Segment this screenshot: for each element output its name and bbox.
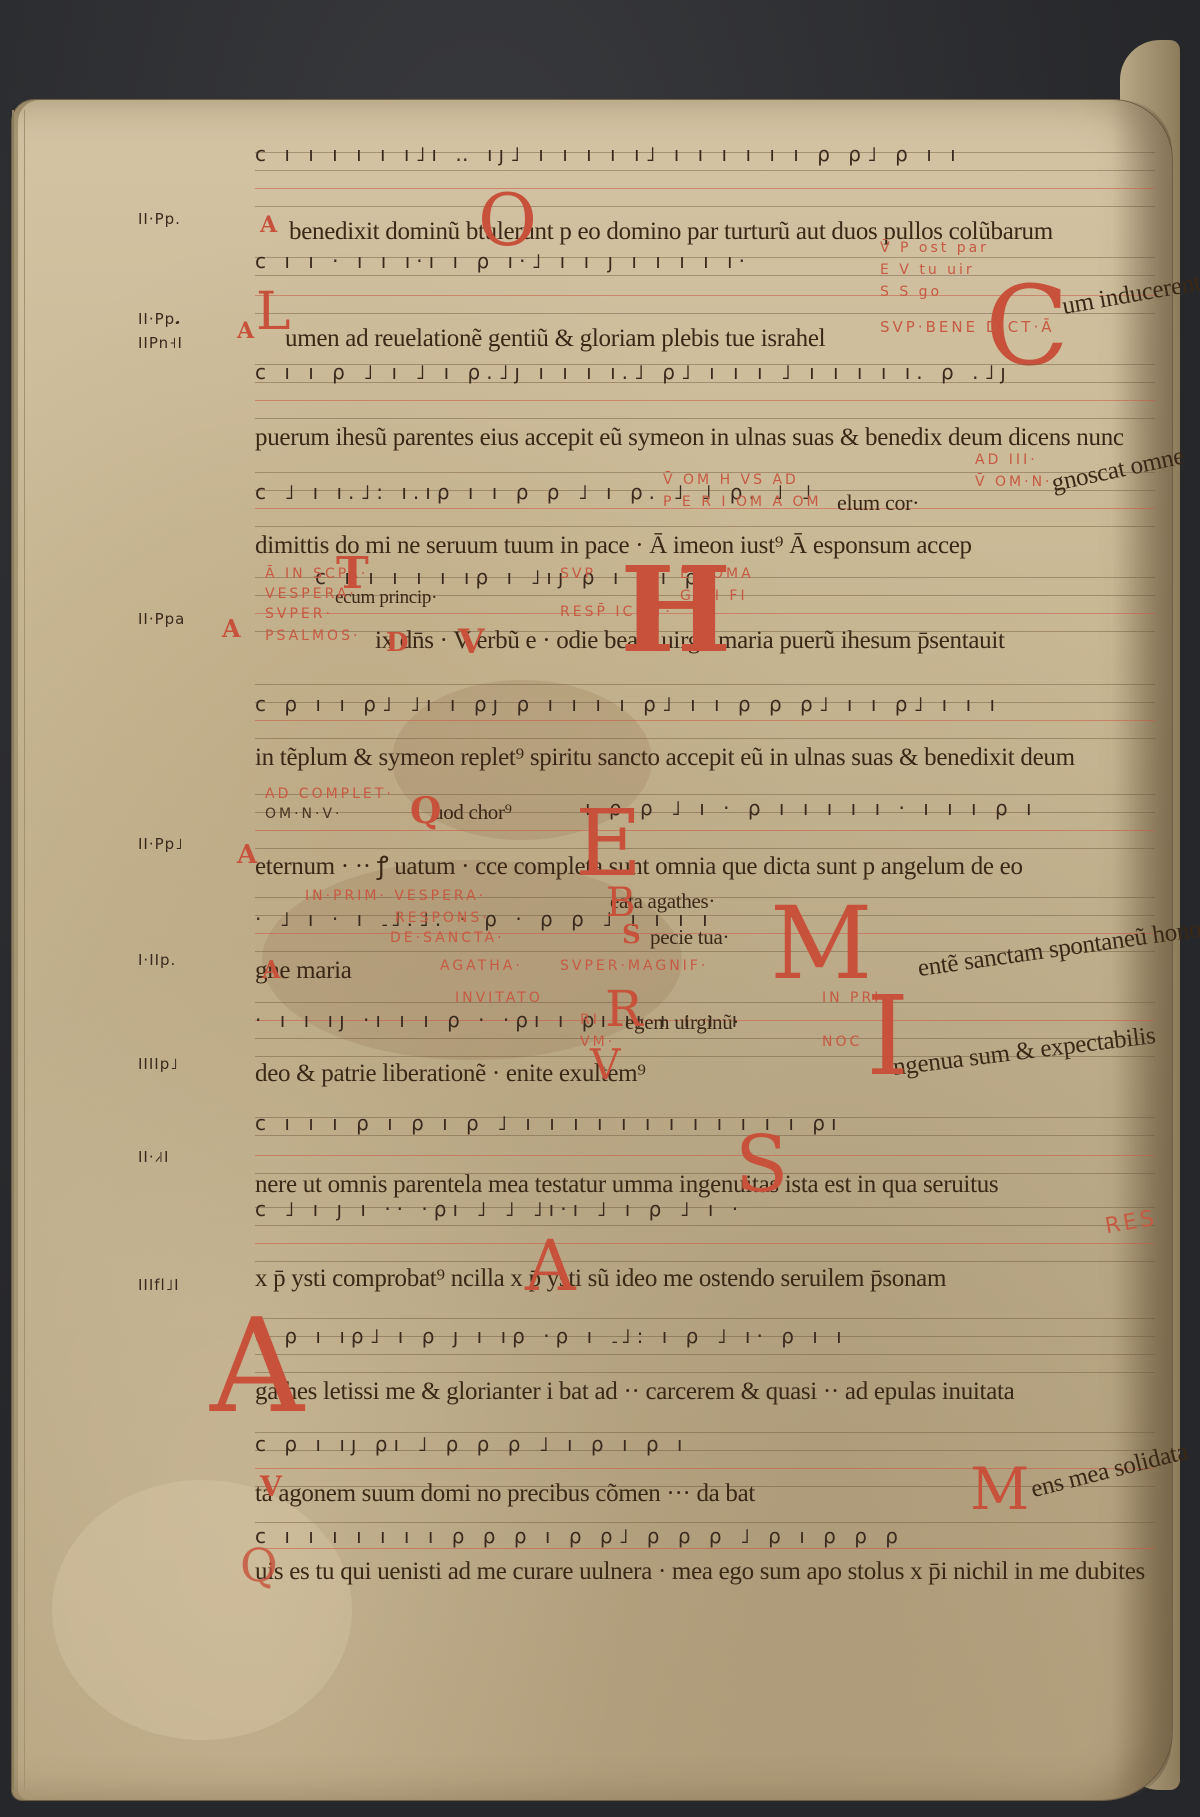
decorated-initial-I: I <box>866 972 909 1100</box>
music-system: c ı ı ρ ˩ ı ˩ ı ρ.˩ȷ ı ı ı ı.˩ ρ˩ ı ı ı … <box>255 352 1155 462</box>
decorated-initial-L: L <box>256 282 291 342</box>
text-line: puerum ihesũ parentes eius accepit eũ sy… <box>255 424 1124 452</box>
rubric-initial-V: V <box>260 1470 282 1503</box>
rubric-label: SVP <box>560 566 596 582</box>
margin-note: II·Pp˩ <box>138 835 184 853</box>
rubric-label: S S go <box>880 284 942 300</box>
decorated-initial-Q: Q <box>240 1538 278 1592</box>
rubric-label: AGATHA· <box>440 958 523 974</box>
rubric-initial-Q: Q <box>410 790 441 832</box>
text-line: in tẽplum & symeon replet⁹ spiritu sanct… <box>255 744 1075 772</box>
rubric-label: DE·SANCTA· <box>390 930 505 946</box>
margin-note: IIPn˧I <box>138 334 183 352</box>
decorated-initial-M: M <box>770 885 872 1002</box>
music-system: c ı ı ı ı ı ı˩ı ‥ ıȷ˩ ı ı ı ı ı˩ ı ı ı ı… <box>255 140 1155 250</box>
neume-row: c ρ ı ı ρ˩ ˩ı ı ρȷ ρ ı ı ı ı ρ˩ ı ı ρ ρ … <box>255 692 1001 716</box>
rubric-label: V̄ P ost par <box>880 240 989 256</box>
rubric-initial-T: T <box>336 548 369 599</box>
margin-note: IIIfl˩I <box>138 1276 180 1294</box>
text-line: gathes letissi me & glorianter i bat ad … <box>255 1378 1014 1406</box>
neume-row: c ı ı ρ ˩ ı ˩ ı ρ.˩ȷ ı ı ı ı.˩ ρ˩ ı ı ı … <box>255 360 1012 384</box>
rubric-label: RI <box>580 1012 600 1028</box>
rubric-initial-S: S <box>622 920 641 950</box>
rubric-initial-V: V <box>590 1040 620 1089</box>
music-system: c ρ ı ıρ˩ ı ρ ȷ ı ıρ ·ρ ı ˩˩: ı ρ ˩ ı· ρ… <box>255 1300 1155 1420</box>
margin-note: II·Ppa <box>138 610 185 628</box>
rubric-label: AD COMPLET· <box>265 786 394 802</box>
rubric-initial-D: D <box>386 628 409 658</box>
decorated-initial-H: H <box>620 540 732 679</box>
neume-row: ı ρ ρ ˩ ı · ρ ı ı ı ı ı · ı ı ı ρ ı <box>585 796 1038 820</box>
rubric-label: RESPONS· <box>395 910 490 926</box>
rubric-initial-A: A <box>237 318 254 344</box>
neume-row: c ı ı ı ı ı ı˩ı ‥ ıȷ˩ ı ı ı ı ı˩ ı ı ı ı… <box>255 142 962 166</box>
rubric-label: OM·N·V· <box>265 806 343 822</box>
neume-row: c ı ı · ı ı ı·ı ı ρ ı·˩ ı ı ȷ ı ı ı ı ı· <box>255 249 751 273</box>
music-system: c ˩ ı ȷ ı ·· ·ρı ˩ ˩ ˩ı·ı ˩ ı ρ ˩ ı · x … <box>255 1195 1155 1305</box>
music-system: c ı ı ı ı ı ı ı ρ ρ ρ ı ρ ρ˩ ρ ρ ρ ˩ ρ ı… <box>255 1510 1155 1620</box>
text-line: ngenua sum & expectabilis <box>892 1022 1157 1082</box>
rubric-initial-A: A <box>222 614 241 643</box>
neume-row: c ρ ı ıȷ ρı ˩ ρ ρ ρ ˩ ı ρ ı ρ ı <box>255 1432 689 1456</box>
rubric-initial-R: R <box>605 980 643 1038</box>
rubric-label: IN·PRIM· VESPERA· <box>305 888 486 904</box>
margin-note: IIIIp˩ <box>138 1055 179 1073</box>
text-line: deo & patrie liberationẽ · enite exultem… <box>255 1060 646 1088</box>
text-line: umen ad reuelationẽ gentiũ & gloriam ple… <box>285 325 825 353</box>
rubric-label: SVPER·MAGNIF· <box>560 958 708 974</box>
rubric-label: V̄ OM·N· <box>975 474 1053 490</box>
neume-row: c ı ı ı ı ı ı ı ρ ρ ρ ı ρ ρ˩ ρ ρ ρ ˩ ρ ı… <box>255 1524 904 1548</box>
rubric-label: E V tu uir <box>880 262 975 278</box>
decorated-initial-A: A <box>525 1225 576 1307</box>
text-line: uis es tu qui uenisti ad me curare uulne… <box>255 1558 1145 1586</box>
rubric-initial-A: A <box>237 840 257 870</box>
margin-note: I·IIp. <box>138 951 176 969</box>
music-system: c ρ ı ı ρ˩ ˩ı ı ρȷ ρ ı ı ı ı ρ˩ ı ı ρ ρ … <box>255 672 1155 782</box>
rubric-label: INVITATO <box>455 990 543 1006</box>
page-stack-edge <box>12 110 25 1790</box>
text-line: x p̄ ysti comprobat⁹ ncilla x p̄ ysti sũ… <box>255 1265 946 1293</box>
rubric-label: SVPER· <box>265 606 333 622</box>
margin-note: II·Pp. <box>138 210 181 228</box>
text-line: ta agonem suum domi no precibus cõmen ··… <box>255 1480 755 1508</box>
rubric-label: PSALMOS· <box>265 628 360 644</box>
rubric-label: NOC <box>822 1034 862 1050</box>
music-system: · ı ı ıȷ ·ı ı ı ρ · ·ρı ı ρı ıı ı ı ı ı … <box>255 990 1155 1100</box>
rubric-initial-A: A <box>262 955 281 984</box>
margin-note: II·Pp𝅘 <box>138 310 181 328</box>
text-line: elum cor· <box>837 490 919 516</box>
neume-row: c ρ ı ıρ˩ ı ρ ȷ ı ıρ ·ρ ı ˩˩: ı ρ ˩ ı· ρ… <box>255 1324 848 1348</box>
text-line: uod chor⁹ <box>433 800 512 825</box>
neume-row: c ˩ ı ȷ ı ·· ·ρı ˩ ˩ ˩ı·ı ˩ ı ρ ˩ ı · <box>255 1197 744 1221</box>
rubric-initial-A: A <box>260 212 277 238</box>
rubric-label: SVP·BENE DICT·Ā <box>880 318 1054 336</box>
rubric-initial-V: V <box>458 622 484 662</box>
rubric-label: V̄ OM H VS AD <box>663 472 799 488</box>
rubric-label: P E R I OM A OM <box>663 494 822 510</box>
rubric-label: AD III· <box>975 452 1038 468</box>
text-line: pecie tua· <box>650 925 729 950</box>
margin-note: II·˩˧I <box>138 1148 169 1166</box>
